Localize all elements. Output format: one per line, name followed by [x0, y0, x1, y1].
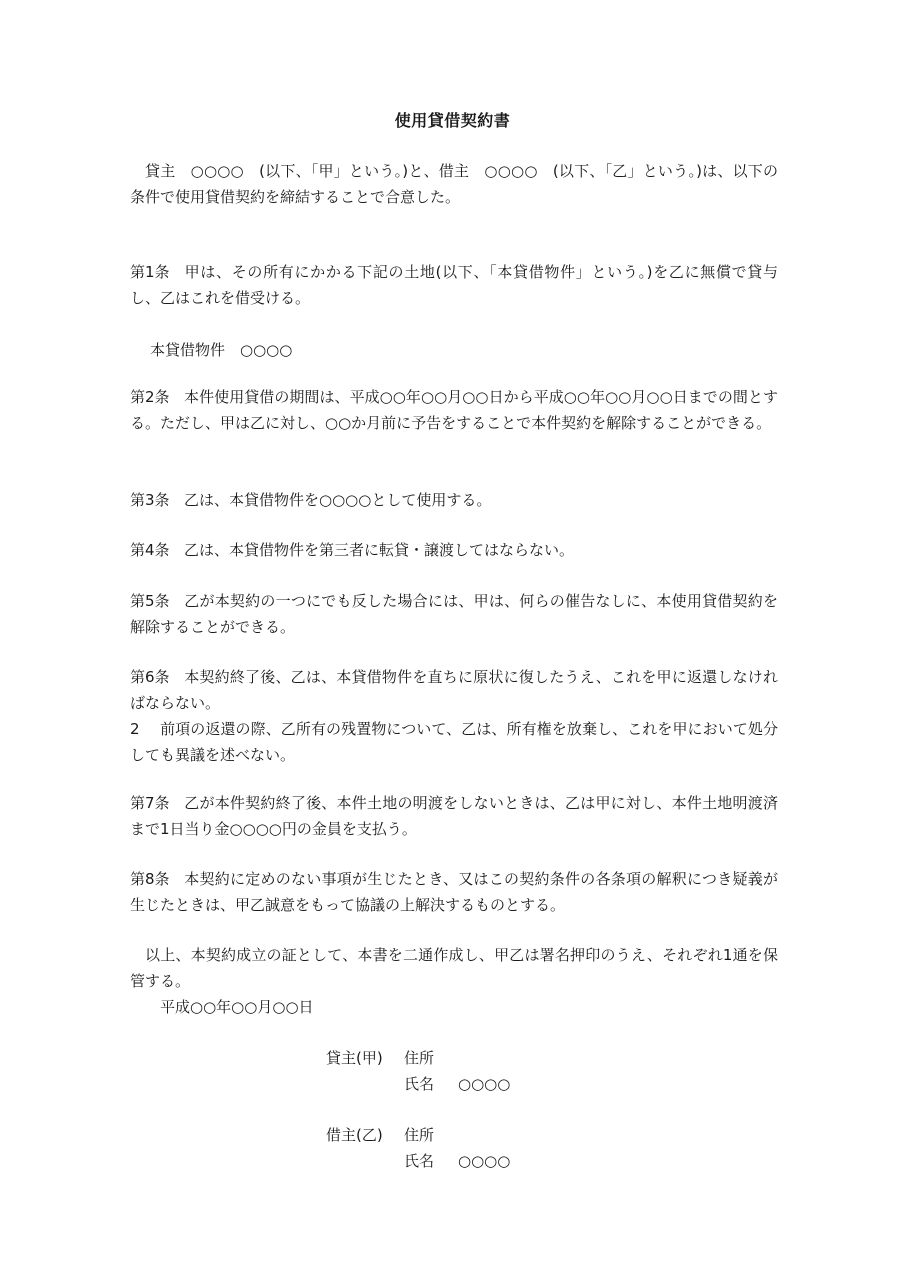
article-number: 第5条 [130, 588, 184, 614]
article-1: 第1条甲は、その所有にかかる下記の土地(以下、「本貸借物件」という。)を乙に無償… [130, 259, 778, 311]
article-2: 第2条本件使用貸借の期間は、平成○○年○○月○○日から平成○○年○○月○○日まで… [130, 384, 778, 436]
document-page: 使用貸借契約書 貸主 ○○○○ (以下、「甲」という。)と、借主 ○○○○ (以… [0, 0, 905, 1280]
article-4: 第4条乙は、本貸借物件を第三者に転貸・譲渡してはならない。 [130, 537, 778, 563]
borrower-name-value: ○○○○ [458, 1152, 510, 1170]
article-number: 第7条 [130, 790, 184, 816]
borrower-address-label: 住所 [404, 1126, 434, 1144]
article-5: 第5条乙が本契約の一つにでも反した場合には、甲は、何らの催告なしに、本使用貸借契… [130, 588, 778, 640]
article-number: 第8条 [130, 866, 184, 892]
article-6: 第6条本契約終了後、乙は、本貸借物件を直ちに原状に復したうえ、これを甲に返還しな… [130, 664, 778, 716]
preamble: 貸主 ○○○○ (以下、「甲」という。)と、借主 ○○○○ (以下、「乙」という… [130, 158, 778, 210]
subclause-text: 前項の返還の際、乙所有の残置物について、乙は、所有権を放棄し、これを甲において処… [130, 720, 778, 764]
article-text: 乙が本件契約終了後、本件土地の明渡をしないときは、乙は甲に対し、本件土地明渡済ま… [130, 794, 778, 838]
article-text: 甲は、その所有にかかる下記の土地(以下、「本貸借物件」という。)を乙に無償で貸与… [130, 263, 778, 307]
borrower-role: 借主(乙) [326, 1122, 404, 1148]
lender-address-label: 住所 [404, 1049, 434, 1067]
article-text: 本契約終了後、乙は、本貸借物件を直ちに原状に復したうえ、これを甲に返還しなければ… [130, 668, 778, 712]
subclause-number: 2 [130, 716, 160, 742]
article-text: 乙が本契約の一つにでも反した場合には、甲は、何らの催告なしに、本使用貸借契約を解… [130, 592, 778, 636]
article-number: 第1条 [130, 259, 184, 285]
article-number: 第3条 [130, 487, 184, 513]
lender-role: 貸主(甲) [326, 1045, 404, 1071]
article-text: 本件使用貸借の期間は、平成○○年○○月○○日から平成○○年○○月○○日までの間と… [130, 388, 778, 432]
document-title: 使用貸借契約書 [0, 108, 905, 131]
lender-name-label: 氏名 [404, 1071, 458, 1097]
article-text: 本契約に定めのない事項が生じたとき、又はこの契約条件の各条項の解釈につき疑義が生… [130, 870, 778, 914]
article-number: 第6条 [130, 664, 184, 690]
contract-date: 平成○○年○○月○○日 [160, 994, 808, 1020]
property-line: 本貸借物件 ○○○○ [150, 337, 798, 363]
article-number: 第4条 [130, 537, 184, 563]
closing-statement: 以上、本契約成立の証として、本書を二通作成し、甲乙は署名押印のうえ、それぞれ1通… [130, 942, 778, 994]
article-number: 第2条 [130, 384, 184, 410]
article-3: 第3条乙は、本貸借物件を○○○○として使用する。 [130, 487, 778, 513]
article-6-sub-2: 2前項の返還の際、乙所有の残置物について、乙は、所有権を放棄し、これを甲において… [130, 716, 778, 768]
article-8: 第8条本契約に定めのない事項が生じたとき、又はこの契約条件の各条項の解釈につき疑… [130, 866, 778, 918]
borrower-name-label: 氏名 [404, 1148, 458, 1174]
article-text: 乙は、本貸借物件を第三者に転貸・譲渡してはならない。 [184, 541, 574, 559]
article-text: 乙は、本貸借物件を○○○○として使用する。 [184, 491, 491, 509]
lender-name-value: ○○○○ [458, 1075, 510, 1093]
article-7: 第7条乙が本件契約終了後、本件土地の明渡をしないときは、乙は甲に対し、本件土地明… [130, 790, 778, 842]
